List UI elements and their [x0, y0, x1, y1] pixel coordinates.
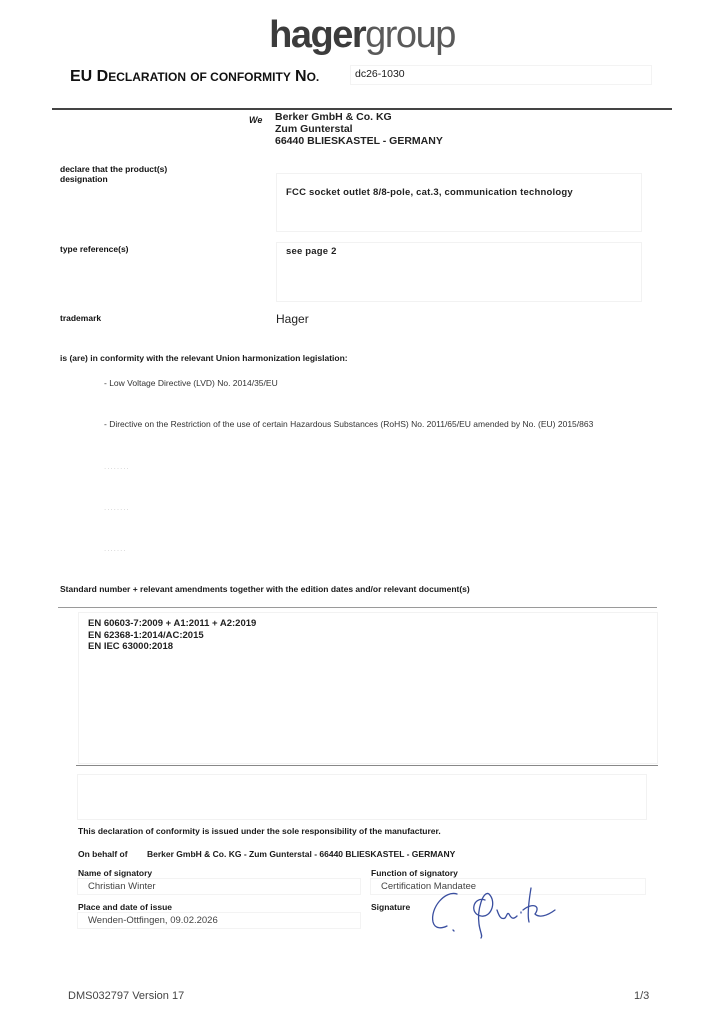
legislation-heading: is (are) in conformity with the relevant…	[60, 353, 348, 363]
declare-product-label: declare that the product(s) designation	[60, 164, 167, 184]
standard-item: EN 60603-7:2009 + A1:2011 + A2:2019	[88, 618, 256, 630]
directive-placeholder: ........	[104, 503, 130, 512]
signatory-name-label: Name of signatory	[78, 868, 152, 878]
we-label: We	[249, 115, 262, 125]
standards-list: EN 60603-7:2009 + A1:2011 + A2:2019 EN 6…	[88, 618, 256, 653]
logo-light: group	[365, 14, 455, 56]
page-number: 1/3	[634, 990, 649, 1002]
type-reference-label: type reference(s)	[60, 244, 129, 254]
directive-placeholder: .......	[104, 544, 127, 553]
standards-bottom-divider	[76, 765, 658, 766]
document-id: DMS032797 Version 17	[68, 990, 184, 1002]
standards-divider	[58, 607, 657, 608]
logo-bold: hager	[269, 14, 365, 56]
manufacturer-city: 66440 BLIESKASTEL - GERMANY	[275, 135, 443, 147]
directive-rohs: - Directive on the Restriction of the us…	[104, 419, 593, 429]
additional-info-field	[77, 774, 647, 820]
type-reference-field: see page 2	[276, 242, 642, 302]
directive-placeholder: ........	[104, 462, 130, 471]
designation-value: FCC socket outlet 8/8-pole, cat.3, commu…	[277, 174, 641, 198]
designation-field: FCC socket outlet 8/8-pole, cat.3, commu…	[276, 173, 642, 232]
directive-lvd: - Low Voltage Directive (LVD) No. 2014/3…	[104, 378, 278, 388]
type-reference-value: see page 2	[277, 243, 641, 257]
signatory-name-field: Christian Winter	[77, 878, 361, 895]
trademark-value: Hager	[276, 312, 309, 326]
manufacturer-street: Zum Gunterstal	[275, 123, 443, 135]
standard-item: EN 62368-1:2014/AC:2015	[88, 630, 256, 642]
header-divider	[52, 108, 672, 110]
on-behalf-value: Berker GmbH & Co. KG - Zum Gunterstal - …	[147, 849, 455, 859]
responsibility-statement: This declaration of conformity is issued…	[78, 826, 441, 836]
place-date-label: Place and date of issue	[78, 902, 172, 912]
handwritten-signature	[425, 880, 585, 940]
declaration-number-field: dc26-1030	[350, 65, 652, 85]
on-behalf-label: On behalf of	[78, 849, 128, 859]
hager-group-logo: hagergroup	[0, 12, 724, 58]
manufacturer-name: Berker GmbH & Co. KG	[275, 111, 443, 123]
signature-label: Signature	[371, 902, 410, 912]
manufacturer-address: Berker GmbH & Co. KG Zum Gunterstal 6644…	[275, 111, 443, 147]
signatory-function-label: Function of signatory	[371, 868, 458, 878]
standard-item: EN IEC 63000:2018	[88, 641, 256, 653]
place-date-field: Wenden-Ottfingen, 09.02.2026	[77, 912, 361, 929]
trademark-label: trademark	[60, 313, 101, 323]
document-title: EU DECLARATION OF CONFORMITY NO.	[70, 68, 319, 86]
standards-heading: Standard number + relevant amendments to…	[60, 584, 470, 594]
